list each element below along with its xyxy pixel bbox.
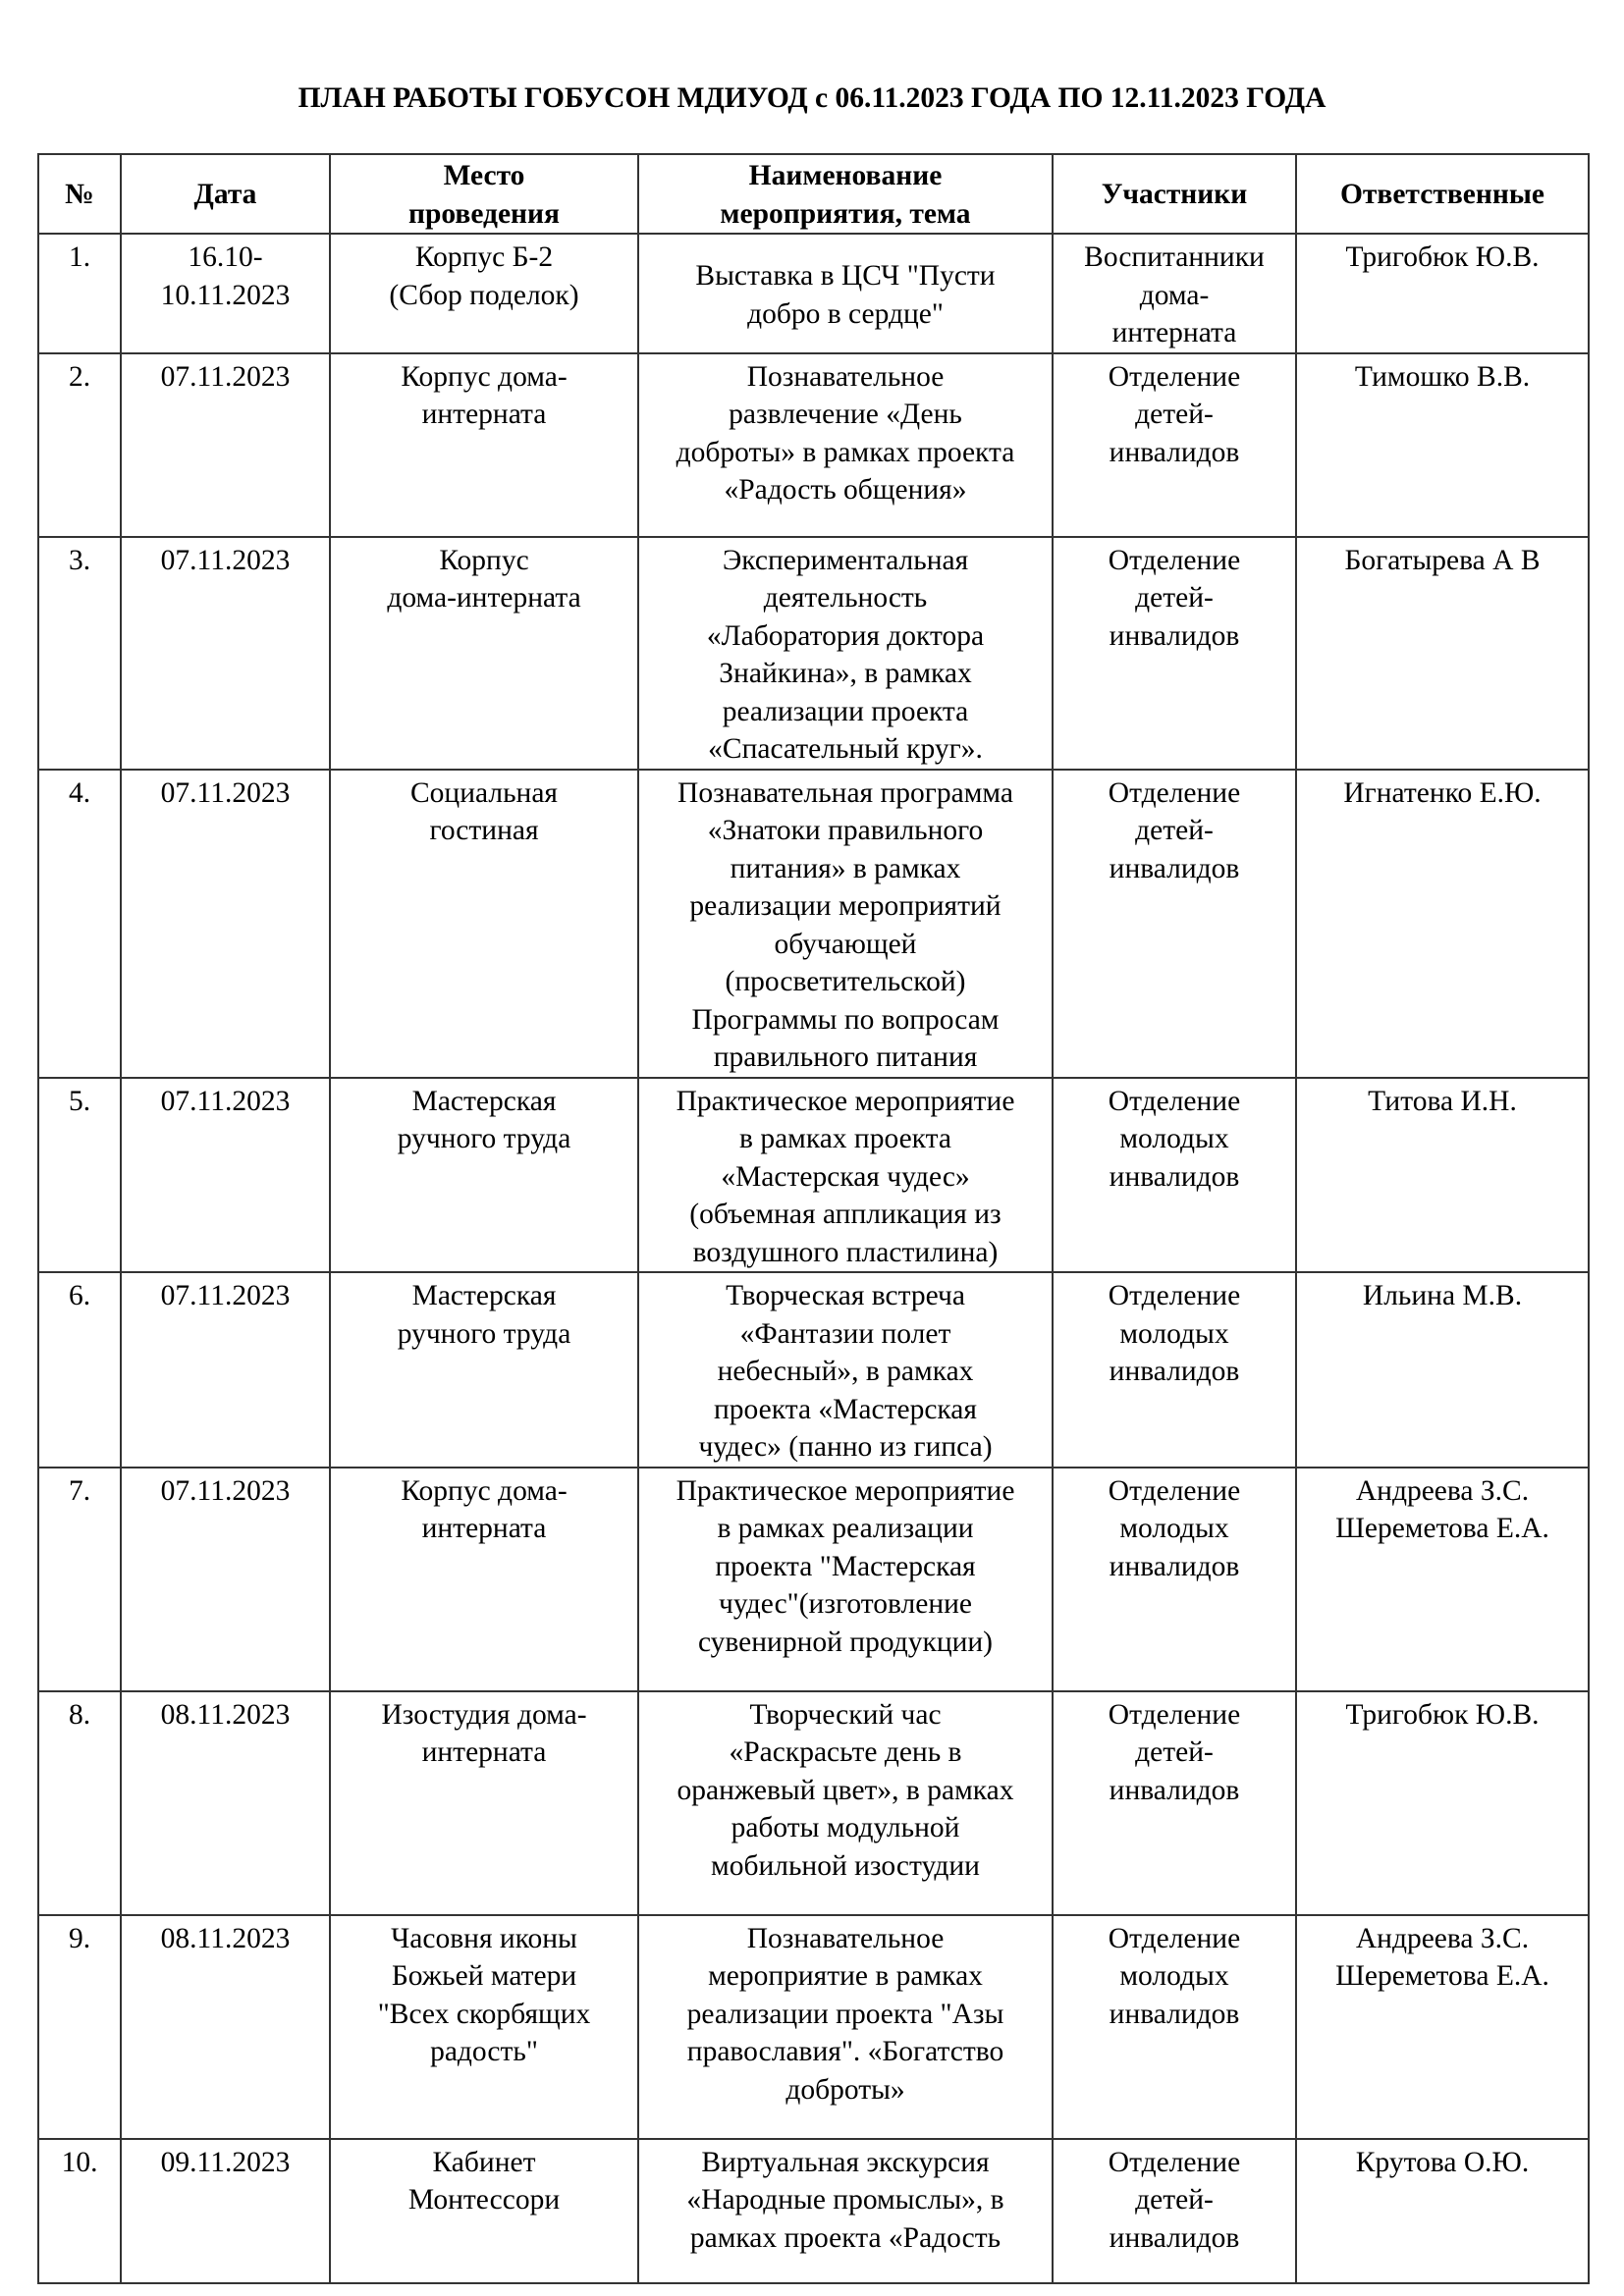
cell-event: Практическое мероприятиев рамках реализа… xyxy=(638,1468,1053,1691)
cell-place: Изостудия дома-интерната xyxy=(330,1691,638,1915)
cell-text: «Знатоки правильного xyxy=(643,812,1048,850)
cell-text: Тригобюк Ю.В. xyxy=(1301,1696,1584,1735)
cell-text: сувенирной продукции) xyxy=(643,1624,1048,1662)
cell-text: 10.11.2023 xyxy=(126,277,325,315)
cell-text: 07.11.2023 xyxy=(126,1277,325,1315)
cell-text: инвалидов xyxy=(1057,1772,1291,1810)
header-text: проведения xyxy=(335,195,633,234)
cell-text: 07.11.2023 xyxy=(126,542,325,580)
header-responsible: Ответственные xyxy=(1296,154,1589,234)
cell-number: 8. xyxy=(38,1691,121,1915)
cell-event: Познавательная программа«Знатоки правиль… xyxy=(638,770,1053,1078)
cell-text: Отделение xyxy=(1057,1920,1291,1958)
cell-text: в рамках реализации xyxy=(643,1510,1048,1548)
header-text: Наименование xyxy=(643,157,1048,195)
cell-text: ручного труда xyxy=(335,1315,633,1354)
cell-participants: Отделениемолодыхинвалидов xyxy=(1053,1468,1296,1691)
cell-text: Божьей матери xyxy=(335,1957,633,1996)
table-row: 6.07.11.2023Мастерскаяручного трудаТворч… xyxy=(38,1272,1589,1468)
cell-place: Социальнаягостиная xyxy=(330,770,638,1078)
header-text: мероприятия, тема xyxy=(643,195,1048,234)
cell-place: КабинетМонтессори xyxy=(330,2139,638,2283)
cell-text: Андреева З.С. xyxy=(1301,1920,1584,1958)
cell-text: Виртуальная экскурсия xyxy=(643,2144,1048,2182)
cell-text: правильного питания xyxy=(643,1039,1048,1077)
cell-text: «Лаборатория доктора xyxy=(643,617,1048,656)
cell-event: Экспериментальнаядеятельность«Лаборатори… xyxy=(638,537,1053,770)
cell-responsible: Крутова О.Ю. xyxy=(1296,2139,1589,2283)
cell-date: 07.11.2023 xyxy=(121,1272,330,1468)
header-text: № xyxy=(43,176,116,214)
cell-text: Экспериментальная xyxy=(643,542,1048,580)
cell-text: Часовня иконы xyxy=(335,1920,633,1958)
cell-text: 07.11.2023 xyxy=(126,358,325,397)
cell-text: Титова И.Н. xyxy=(1301,1083,1584,1121)
cell-responsible: Андреева З.С.Шереметова Е.А. xyxy=(1296,1468,1589,1691)
cell-participants: Отделениедетей-инвалидов xyxy=(1053,770,1296,1078)
cell-responsible: Тригобюк Ю.В. xyxy=(1296,234,1589,353)
cell-text: Корпус дома- xyxy=(335,1472,633,1511)
cell-text: 07.11.2023 xyxy=(126,1083,325,1121)
cell-text: 09.11.2023 xyxy=(126,2144,325,2182)
cell-text: инвалидов xyxy=(1057,1158,1291,1197)
table-row: 3.07.11.2023Корпусдома-интернатаЭксперим… xyxy=(38,537,1589,770)
cell-text: Практическое мероприятие xyxy=(643,1472,1048,1511)
cell-responsible: Тригобюк Ю.В. xyxy=(1296,1691,1589,1915)
cell-text: дома-интерната xyxy=(335,579,633,617)
cell-text: рамках проекта «Радость xyxy=(643,2219,1048,2258)
cell-participants: Отделениемолодыхинвалидов xyxy=(1053,1915,1296,2139)
cell-text: молодых xyxy=(1057,1315,1291,1354)
cell-text: 9. xyxy=(43,1920,116,1958)
header-event: Наименованиемероприятия, тема xyxy=(638,154,1053,234)
cell-text: инвалидов xyxy=(1057,1548,1291,1586)
cell-text: питания» в рамках xyxy=(643,850,1048,888)
cell-number: 5. xyxy=(38,1078,121,1273)
cell-text: Социальная xyxy=(335,774,633,813)
cell-event: Практическое мероприятиев рамках проекта… xyxy=(638,1078,1053,1273)
cell-text: 8. xyxy=(43,1696,116,1735)
cell-text: Выставка в ЦСЧ "Пусти xyxy=(643,257,1048,295)
cell-text: доброты» в рамках проекта xyxy=(643,434,1048,472)
table-row: 8.08.11.2023Изостудия дома-интернатаТвор… xyxy=(38,1691,1589,1915)
table-row: 9.08.11.2023Часовня иконыБожьей матери"В… xyxy=(38,1915,1589,2139)
cell-participants: Отделениедетей-инвалидов xyxy=(1053,2139,1296,2283)
cell-responsible: Богатырева А В xyxy=(1296,537,1589,770)
cell-text: проекта "Мастерская xyxy=(643,1548,1048,1586)
cell-date: 07.11.2023 xyxy=(121,1468,330,1691)
cell-text: «Фантазии полет xyxy=(643,1315,1048,1354)
cell-event: Творческий час«Раскрасьте день воранжевы… xyxy=(638,1691,1053,1915)
cell-text: деятельность xyxy=(643,579,1048,617)
cell-text: инвалидов xyxy=(1057,1996,1291,2034)
cell-number: 7. xyxy=(38,1468,121,1691)
cell-text: чудес"(изготовление xyxy=(643,1585,1048,1624)
cell-text: Познавательное xyxy=(643,358,1048,397)
cell-text: Отделение xyxy=(1057,358,1291,397)
cell-place: Часовня иконыБожьей матери"Всех скорбящи… xyxy=(330,1915,638,2139)
header-date: Дата xyxy=(121,154,330,234)
cell-number: 10. xyxy=(38,2139,121,2283)
cell-text: Корпус Б-2 xyxy=(335,239,633,277)
cell-text: инвалидов xyxy=(1057,617,1291,656)
cell-text: Корпус дома- xyxy=(335,358,633,397)
cell-text: небесный», в рамках xyxy=(643,1353,1048,1391)
cell-text: детей- xyxy=(1057,579,1291,617)
cell-text: Практическое мероприятие xyxy=(643,1083,1048,1121)
cell-date: 07.11.2023 xyxy=(121,770,330,1078)
cell-text: Тригобюк Ю.В. xyxy=(1301,239,1584,277)
cell-date: 08.11.2023 xyxy=(121,1691,330,1915)
cell-number: 3. xyxy=(38,537,121,770)
cell-text: мероприятие в рамках xyxy=(643,1957,1048,1996)
cell-text: радость" xyxy=(335,2033,633,2071)
cell-text: реализации проекта xyxy=(643,693,1048,731)
cell-place: Корпус дома-интерната xyxy=(330,353,638,537)
cell-text: реализации проекта "Азы xyxy=(643,1996,1048,2034)
cell-text: Изостудия дома- xyxy=(335,1696,633,1735)
cell-event: Творческая встреча«Фантазии полетнебесны… xyxy=(638,1272,1053,1468)
cell-event: Выставка в ЦСЧ "Пустидобро в сердце" xyxy=(638,234,1053,353)
cell-text: 08.11.2023 xyxy=(126,1696,325,1735)
cell-participants: Воспитанникидома-интерната xyxy=(1053,234,1296,353)
cell-text: интерната xyxy=(1057,314,1291,352)
cell-text: Познавательное xyxy=(643,1920,1048,1958)
cell-text: работы модульной xyxy=(643,1809,1048,1847)
cell-text: 2. xyxy=(43,358,116,397)
cell-text: «Народные промыслы», в xyxy=(643,2181,1048,2219)
cell-responsible: Ильина М.В. xyxy=(1296,1272,1589,1468)
cell-text: (просветительской) xyxy=(643,963,1048,1001)
cell-date: 08.11.2023 xyxy=(121,1915,330,2139)
cell-date: 09.11.2023 xyxy=(121,2139,330,2283)
cell-text: «Спасательный круг». xyxy=(643,730,1048,769)
cell-text: Мастерская xyxy=(335,1083,633,1121)
cell-date: 07.11.2023 xyxy=(121,353,330,537)
cell-place: Мастерскаяручного труда xyxy=(330,1078,638,1273)
cell-text: мобильной изостудии xyxy=(643,1847,1048,1886)
table-row: 5.07.11.2023Мастерскаяручного трудаПракт… xyxy=(38,1078,1589,1273)
cell-responsible: Тимошко В.В. xyxy=(1296,353,1589,537)
cell-text: интерната xyxy=(335,1510,633,1548)
cell-text: (Сбор поделок) xyxy=(335,277,633,315)
cell-place: Корпусдома-интерната xyxy=(330,537,638,770)
cell-text: Крутова О.Ю. xyxy=(1301,2144,1584,2182)
cell-event: Познавательноеразвлечение «Деньдоброты» … xyxy=(638,353,1053,537)
cell-text: инвалидов xyxy=(1057,850,1291,888)
cell-text: Программы по вопросам xyxy=(643,1001,1048,1040)
cell-text: Отделение xyxy=(1057,1083,1291,1121)
cell-text: молодых xyxy=(1057,1120,1291,1158)
cell-participants: Отделениедетей-инвалидов xyxy=(1053,537,1296,770)
cell-text: Творческая встреча xyxy=(643,1277,1048,1315)
table-row: 2.07.11.2023Корпус дома-интернатаПознава… xyxy=(38,353,1589,537)
work-plan-table: №ДатаМестопроведенияНаименованиемероприя… xyxy=(37,153,1590,2284)
cell-participants: Отделениедетей-инвалидов xyxy=(1053,353,1296,537)
cell-text: воздушного пластилина) xyxy=(643,1234,1048,1272)
cell-text: детей- xyxy=(1057,396,1291,434)
cell-text: детей- xyxy=(1057,2181,1291,2219)
cell-text: 07.11.2023 xyxy=(126,1472,325,1511)
cell-text: 1. xyxy=(43,239,116,277)
cell-text: Отделение xyxy=(1057,1277,1291,1315)
header-text: Участники xyxy=(1057,176,1291,214)
cell-text: Отделение xyxy=(1057,774,1291,813)
table-row: 10.09.11.2023КабинетМонтессориВиртуальна… xyxy=(38,2139,1589,2283)
cell-text: Знайкина», в рамках xyxy=(643,655,1048,693)
cell-text: Монтессори xyxy=(335,2181,633,2219)
cell-text: Творческий час xyxy=(643,1696,1048,1735)
cell-text: добро в сердце" xyxy=(643,295,1048,334)
header-text: Ответственные xyxy=(1301,176,1584,214)
cell-text: интерната xyxy=(335,1734,633,1772)
cell-participants: Отделениемолодыхинвалидов xyxy=(1053,1078,1296,1273)
cell-text: Корпус xyxy=(335,542,633,580)
cell-text: 08.11.2023 xyxy=(126,1920,325,1958)
cell-text: Ильина М.В. xyxy=(1301,1277,1584,1315)
cell-text: детей- xyxy=(1057,812,1291,850)
cell-text: Андреева З.С. xyxy=(1301,1472,1584,1511)
cell-place: Корпус дома-интерната xyxy=(330,1468,638,1691)
cell-responsible: Андреева З.С.Шереметова Е.А. xyxy=(1296,1915,1589,2139)
cell-text: 16.10- xyxy=(126,239,325,277)
cell-text: 4. xyxy=(43,774,116,813)
cell-text: (объемная аппликация из xyxy=(643,1196,1048,1234)
cell-date: 07.11.2023 xyxy=(121,537,330,770)
table-body: 1.16.10-10.11.2023Корпус Б-2(Сбор подело… xyxy=(38,234,1589,2283)
cell-text: молодых xyxy=(1057,1510,1291,1548)
cell-text: Отделение xyxy=(1057,2144,1291,2182)
cell-participants: Отделениемолодыхинвалидов xyxy=(1053,1272,1296,1468)
cell-text: обучающей xyxy=(643,926,1048,964)
cell-text: православия". «Богатство xyxy=(643,2033,1048,2071)
document-title: ПЛАН РАБОТЫ ГОБУСОН МДИУОД с 06.11.2023 … xyxy=(0,79,1624,118)
cell-text: молодых xyxy=(1057,1957,1291,1996)
cell-text: Тимошко В.В. xyxy=(1301,358,1584,397)
cell-place: Мастерскаяручного труда xyxy=(330,1272,638,1468)
cell-text: «Раскрасьте день в xyxy=(643,1734,1048,1772)
table-row: 4.07.11.2023СоциальнаягостинаяПознавател… xyxy=(38,770,1589,1078)
cell-text: 07.11.2023 xyxy=(126,774,325,813)
cell-text: интерната xyxy=(335,396,633,434)
cell-text: Отделение xyxy=(1057,1472,1291,1511)
cell-event: Познавательноемероприятие в рамкахреализ… xyxy=(638,1915,1053,2139)
cell-number: 1. xyxy=(38,234,121,353)
cell-text: Игнатенко Е.Ю. xyxy=(1301,774,1584,813)
cell-text: 5. xyxy=(43,1083,116,1121)
cell-number: 9. xyxy=(38,1915,121,2139)
cell-text: инвалидов xyxy=(1057,2219,1291,2258)
cell-text: Отделение xyxy=(1057,1696,1291,1735)
cell-text: 6. xyxy=(43,1277,116,1315)
cell-event: Виртуальная экскурсия«Народные промыслы»… xyxy=(638,2139,1053,2283)
cell-number: 4. xyxy=(38,770,121,1078)
cell-text: Воспитанники xyxy=(1057,239,1291,277)
cell-number: 2. xyxy=(38,353,121,537)
header-text: Место xyxy=(335,157,633,195)
cell-text: "Всех скорбящих xyxy=(335,1996,633,2034)
cell-text: «Радость общения» xyxy=(643,471,1048,509)
cell-text: гостиная xyxy=(335,812,633,850)
cell-text: проекта «Мастерская xyxy=(643,1391,1048,1429)
cell-date: 16.10-10.11.2023 xyxy=(121,234,330,353)
cell-text: инвалидов xyxy=(1057,434,1291,472)
cell-text: Кабинет xyxy=(335,2144,633,2182)
cell-text: ручного труда xyxy=(335,1120,633,1158)
cell-text: Отделение xyxy=(1057,542,1291,580)
cell-text: 7. xyxy=(43,1472,116,1511)
cell-number: 6. xyxy=(38,1272,121,1468)
cell-text: Шереметова Е.А. xyxy=(1301,1510,1584,1548)
header-number: № xyxy=(38,154,121,234)
table-row: 1.16.10-10.11.2023Корпус Б-2(Сбор подело… xyxy=(38,234,1589,353)
cell-text: детей- xyxy=(1057,1734,1291,1772)
cell-text: реализации мероприятий xyxy=(643,887,1048,926)
cell-text: чудес» (панно из гипса) xyxy=(643,1428,1048,1467)
cell-text: Познавательная программа xyxy=(643,774,1048,813)
cell-text: 3. xyxy=(43,542,116,580)
cell-text: Богатырева А В xyxy=(1301,542,1584,580)
cell-text: доброты» xyxy=(643,2071,1048,2109)
cell-responsible: Титова И.Н. xyxy=(1296,1078,1589,1273)
cell-text: «Мастерская чудес» xyxy=(643,1158,1048,1197)
cell-text: в рамках проекта xyxy=(643,1120,1048,1158)
cell-date: 07.11.2023 xyxy=(121,1078,330,1273)
cell-participants: Отделениедетей-инвалидов xyxy=(1053,1691,1296,1915)
cell-text: развлечение «День xyxy=(643,396,1048,434)
table-row: 7.07.11.2023Корпус дома-интернатаПрактич… xyxy=(38,1468,1589,1691)
cell-place: Корпус Б-2(Сбор поделок) xyxy=(330,234,638,353)
cell-text: Мастерская xyxy=(335,1277,633,1315)
table-header-row: №ДатаМестопроведенияНаименованиемероприя… xyxy=(38,154,1589,234)
cell-text: 10. xyxy=(43,2144,116,2182)
cell-text: Шереметова Е.А. xyxy=(1301,1957,1584,1996)
header-participants: Участники xyxy=(1053,154,1296,234)
header-place: Местопроведения xyxy=(330,154,638,234)
header-text: Дата xyxy=(126,176,325,214)
cell-text: оранжевый цвет», в рамках xyxy=(643,1772,1048,1810)
cell-text: дома- xyxy=(1057,277,1291,315)
cell-text: инвалидов xyxy=(1057,1353,1291,1391)
cell-responsible: Игнатенко Е.Ю. xyxy=(1296,770,1589,1078)
